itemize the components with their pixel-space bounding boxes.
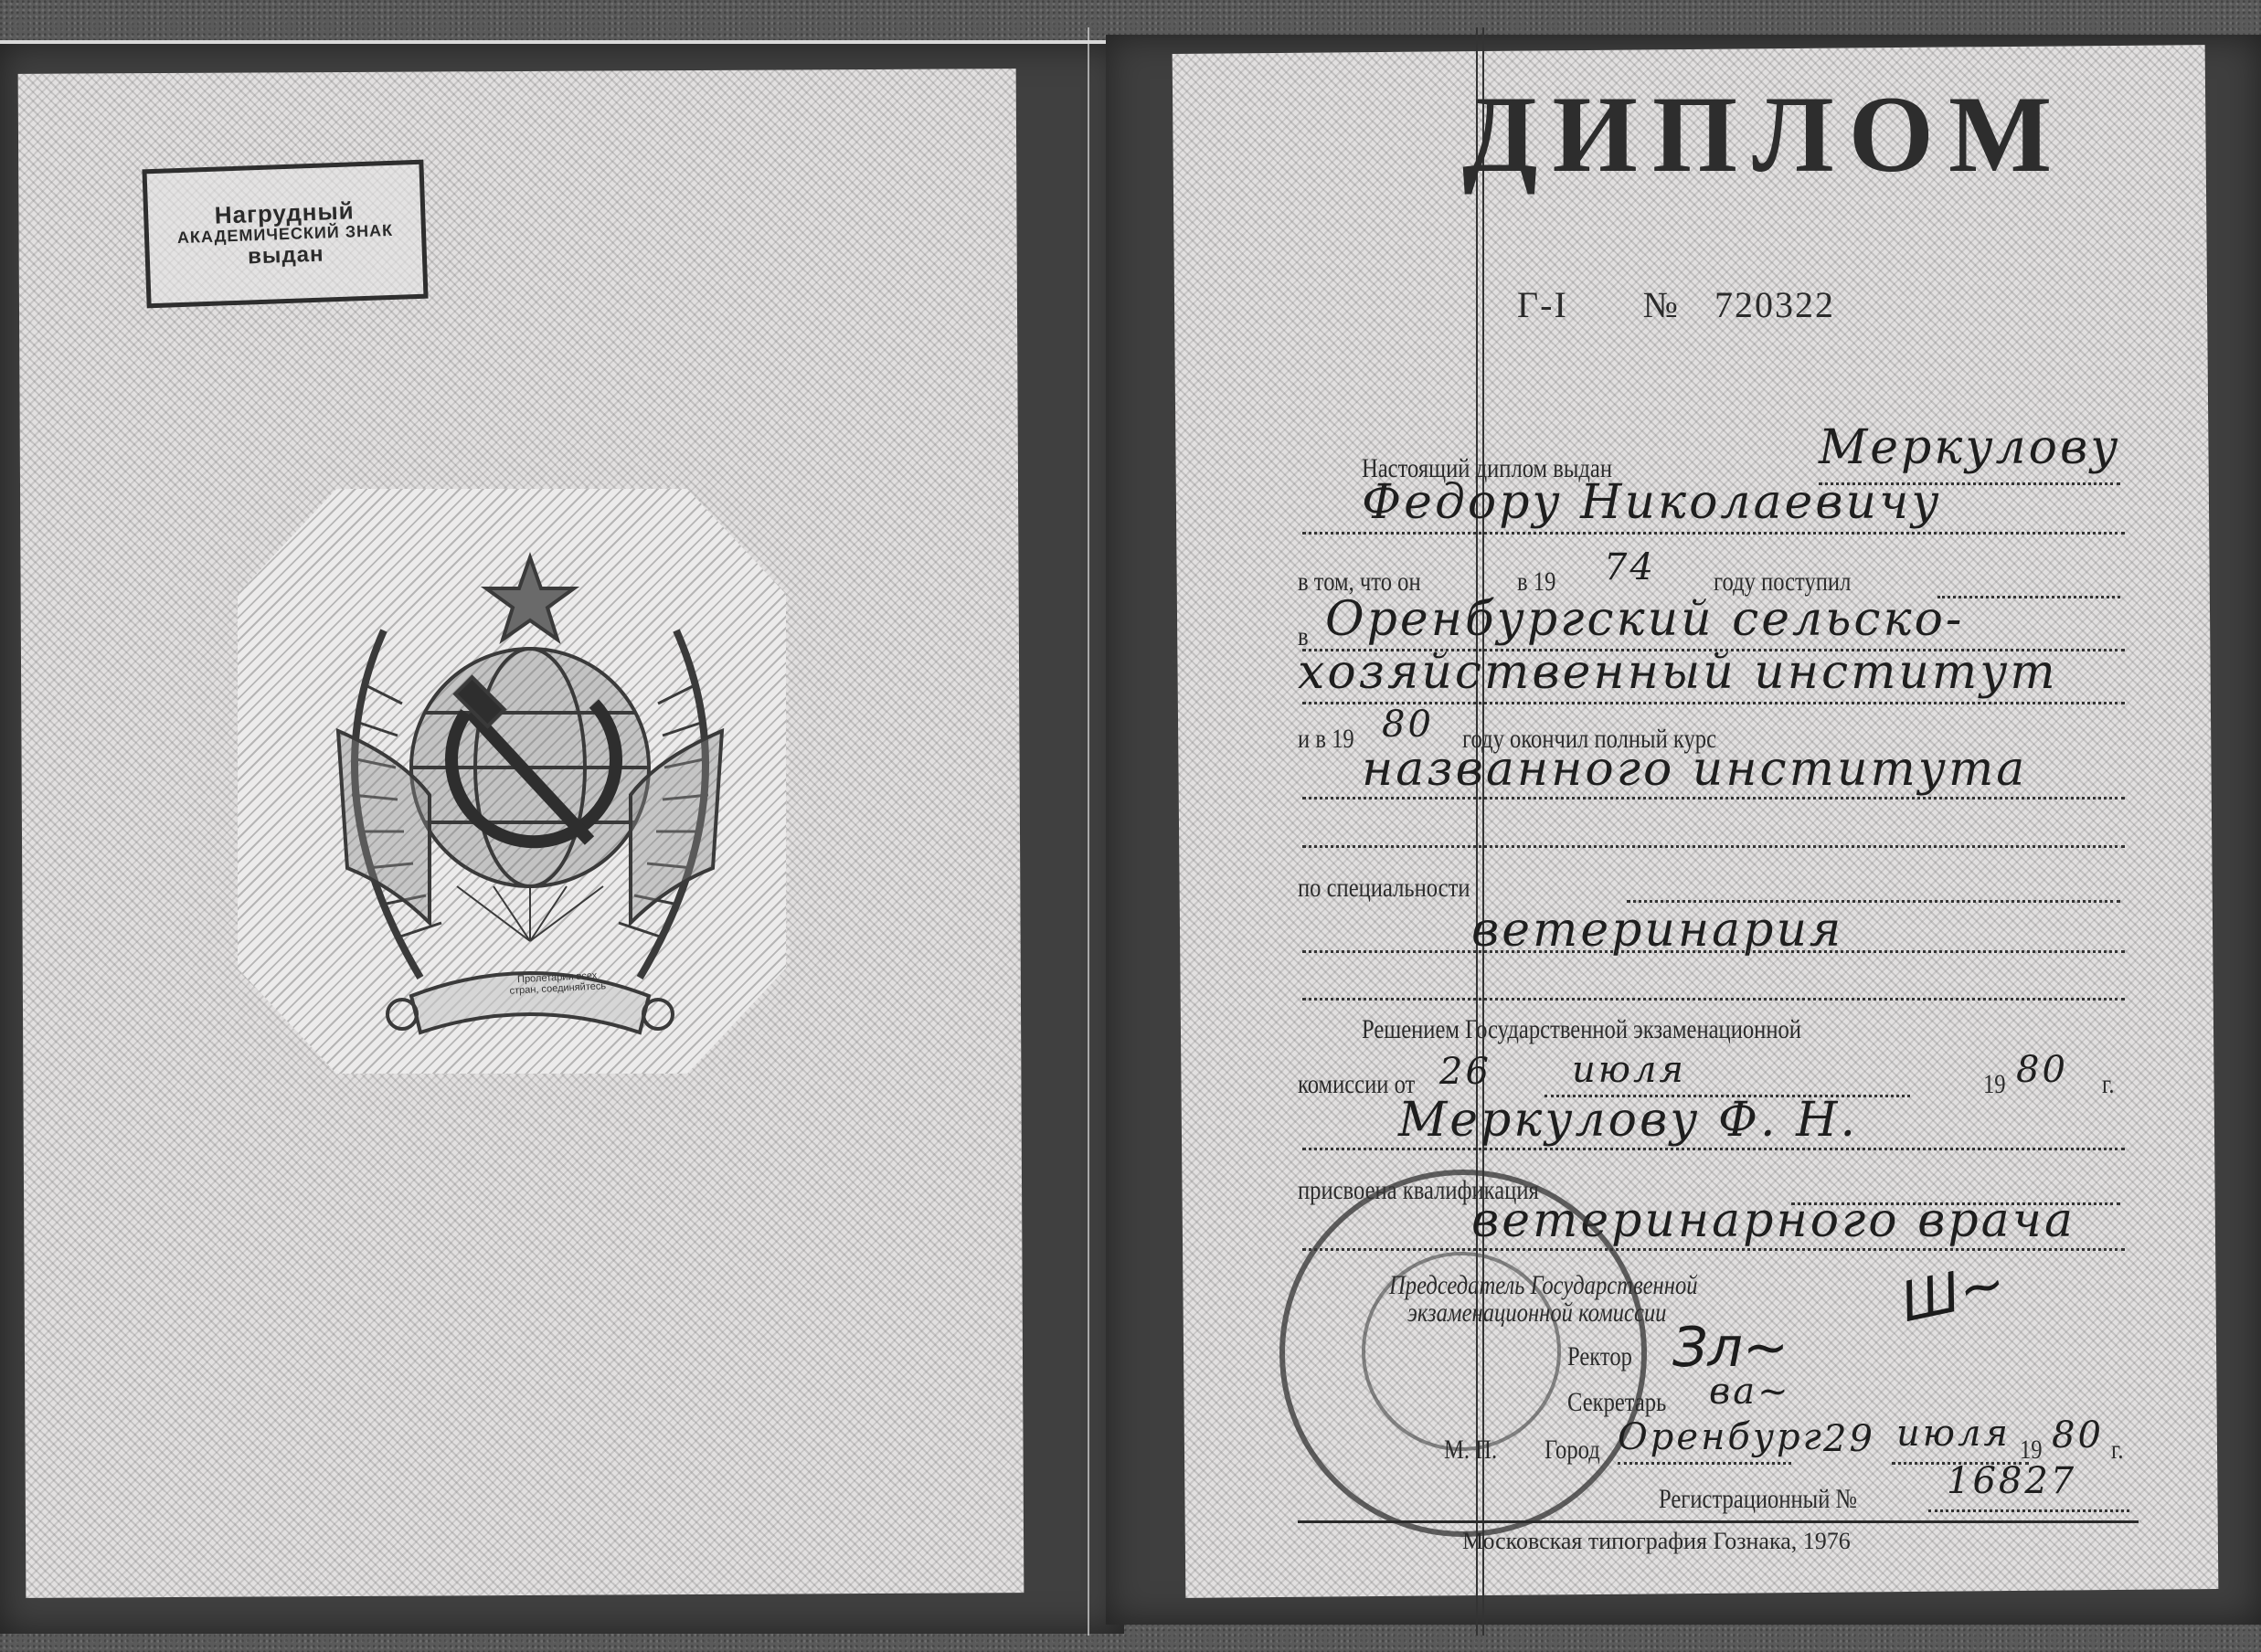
- surname-handwritten: Меркулову: [1819, 420, 2120, 475]
- entered-year-handwritten: 74: [1604, 546, 1656, 588]
- seal-place-label: М. П.: [1444, 1435, 1497, 1466]
- issue-day-handwritten: 29: [1823, 1418, 1875, 1460]
- decision-day-handwritten: 26: [1439, 1051, 1491, 1093]
- stamp-line-3: выдан: [248, 243, 324, 270]
- course-of-handwritten: названного института: [1362, 742, 2027, 797]
- decision-year-prefix: 19: [1983, 1069, 2006, 1100]
- secretary-signature: ва~: [1709, 1371, 1791, 1413]
- decision-year-handwritten: 80: [2016, 1049, 2068, 1091]
- decision-year-unit: г.: [2102, 1069, 2114, 1100]
- registration-label: Регистрационный №: [1659, 1484, 1857, 1515]
- graduated-year-handwritten: 80: [1382, 704, 1434, 746]
- academic-badge-stamp: Нагрудный АКАДЕМИЧЕСКИЙ ЗНАК выдан: [142, 160, 428, 309]
- chairman-label-2: экзаменационной комиссии: [1407, 1297, 1666, 1329]
- secretary-label: Секретарь: [1567, 1387, 1666, 1418]
- specialty-handwritten: ветеринария: [1471, 903, 1843, 958]
- dotted-line: [1302, 797, 2125, 800]
- city-handwritten: Оренбург: [1618, 1416, 1824, 1458]
- holder-short-handwritten: Меркулову Ф. Н.: [1398, 1093, 1858, 1148]
- dotted-line: [1302, 845, 2125, 848]
- chairman-label-1: Председатель Государственной: [1389, 1270, 1698, 1301]
- institution-line-2-handwritten: хозяйственный институт: [1298, 645, 2058, 700]
- diploma-serial-number: Г-I № 720322: [1517, 283, 1835, 326]
- diploma-title: ДИПЛОМ: [1462, 71, 2066, 197]
- number-sign: №: [1643, 284, 1680, 325]
- dotted-line: [1302, 998, 2125, 1001]
- city-label: Город: [1544, 1435, 1600, 1466]
- dotted-line: [1618, 1462, 1791, 1465]
- issue-year-handwritten: 80: [2052, 1414, 2104, 1456]
- dotted-line: [1302, 532, 2125, 535]
- registration-number-handwritten: 16827: [1947, 1460, 2076, 1502]
- number: 720322: [1714, 284, 1835, 325]
- rector-label: Ректор: [1567, 1341, 1632, 1372]
- institution-line-1-handwritten: Оренбургский сельско-: [1325, 592, 1964, 647]
- specialty-label: по специальности: [1298, 873, 1470, 904]
- series: Г-I: [1517, 284, 1568, 325]
- spine-crease: [1088, 27, 1089, 1636]
- graduated-prefix: и в 19: [1298, 724, 1354, 755]
- decision-month-handwritten: июля: [1572, 1049, 1686, 1091]
- name-patronymic-handwritten: Федору Николаевичу: [1362, 475, 1942, 530]
- dotted-line: [1302, 1148, 2125, 1150]
- decision-label: Решением Государственной экзаменационной: [1362, 1014, 1801, 1045]
- issue-year-unit: г.: [2111, 1435, 2123, 1466]
- dotted-line: [1937, 596, 2120, 598]
- bottom-rule: [1298, 1520, 2139, 1523]
- issue-month-handwritten: июля: [1896, 1413, 2011, 1455]
- dotted-line: [1928, 1509, 2129, 1512]
- dotted-line: [1302, 950, 2125, 953]
- printer-imprint: Московская типография Гознака, 1976: [1462, 1528, 1851, 1555]
